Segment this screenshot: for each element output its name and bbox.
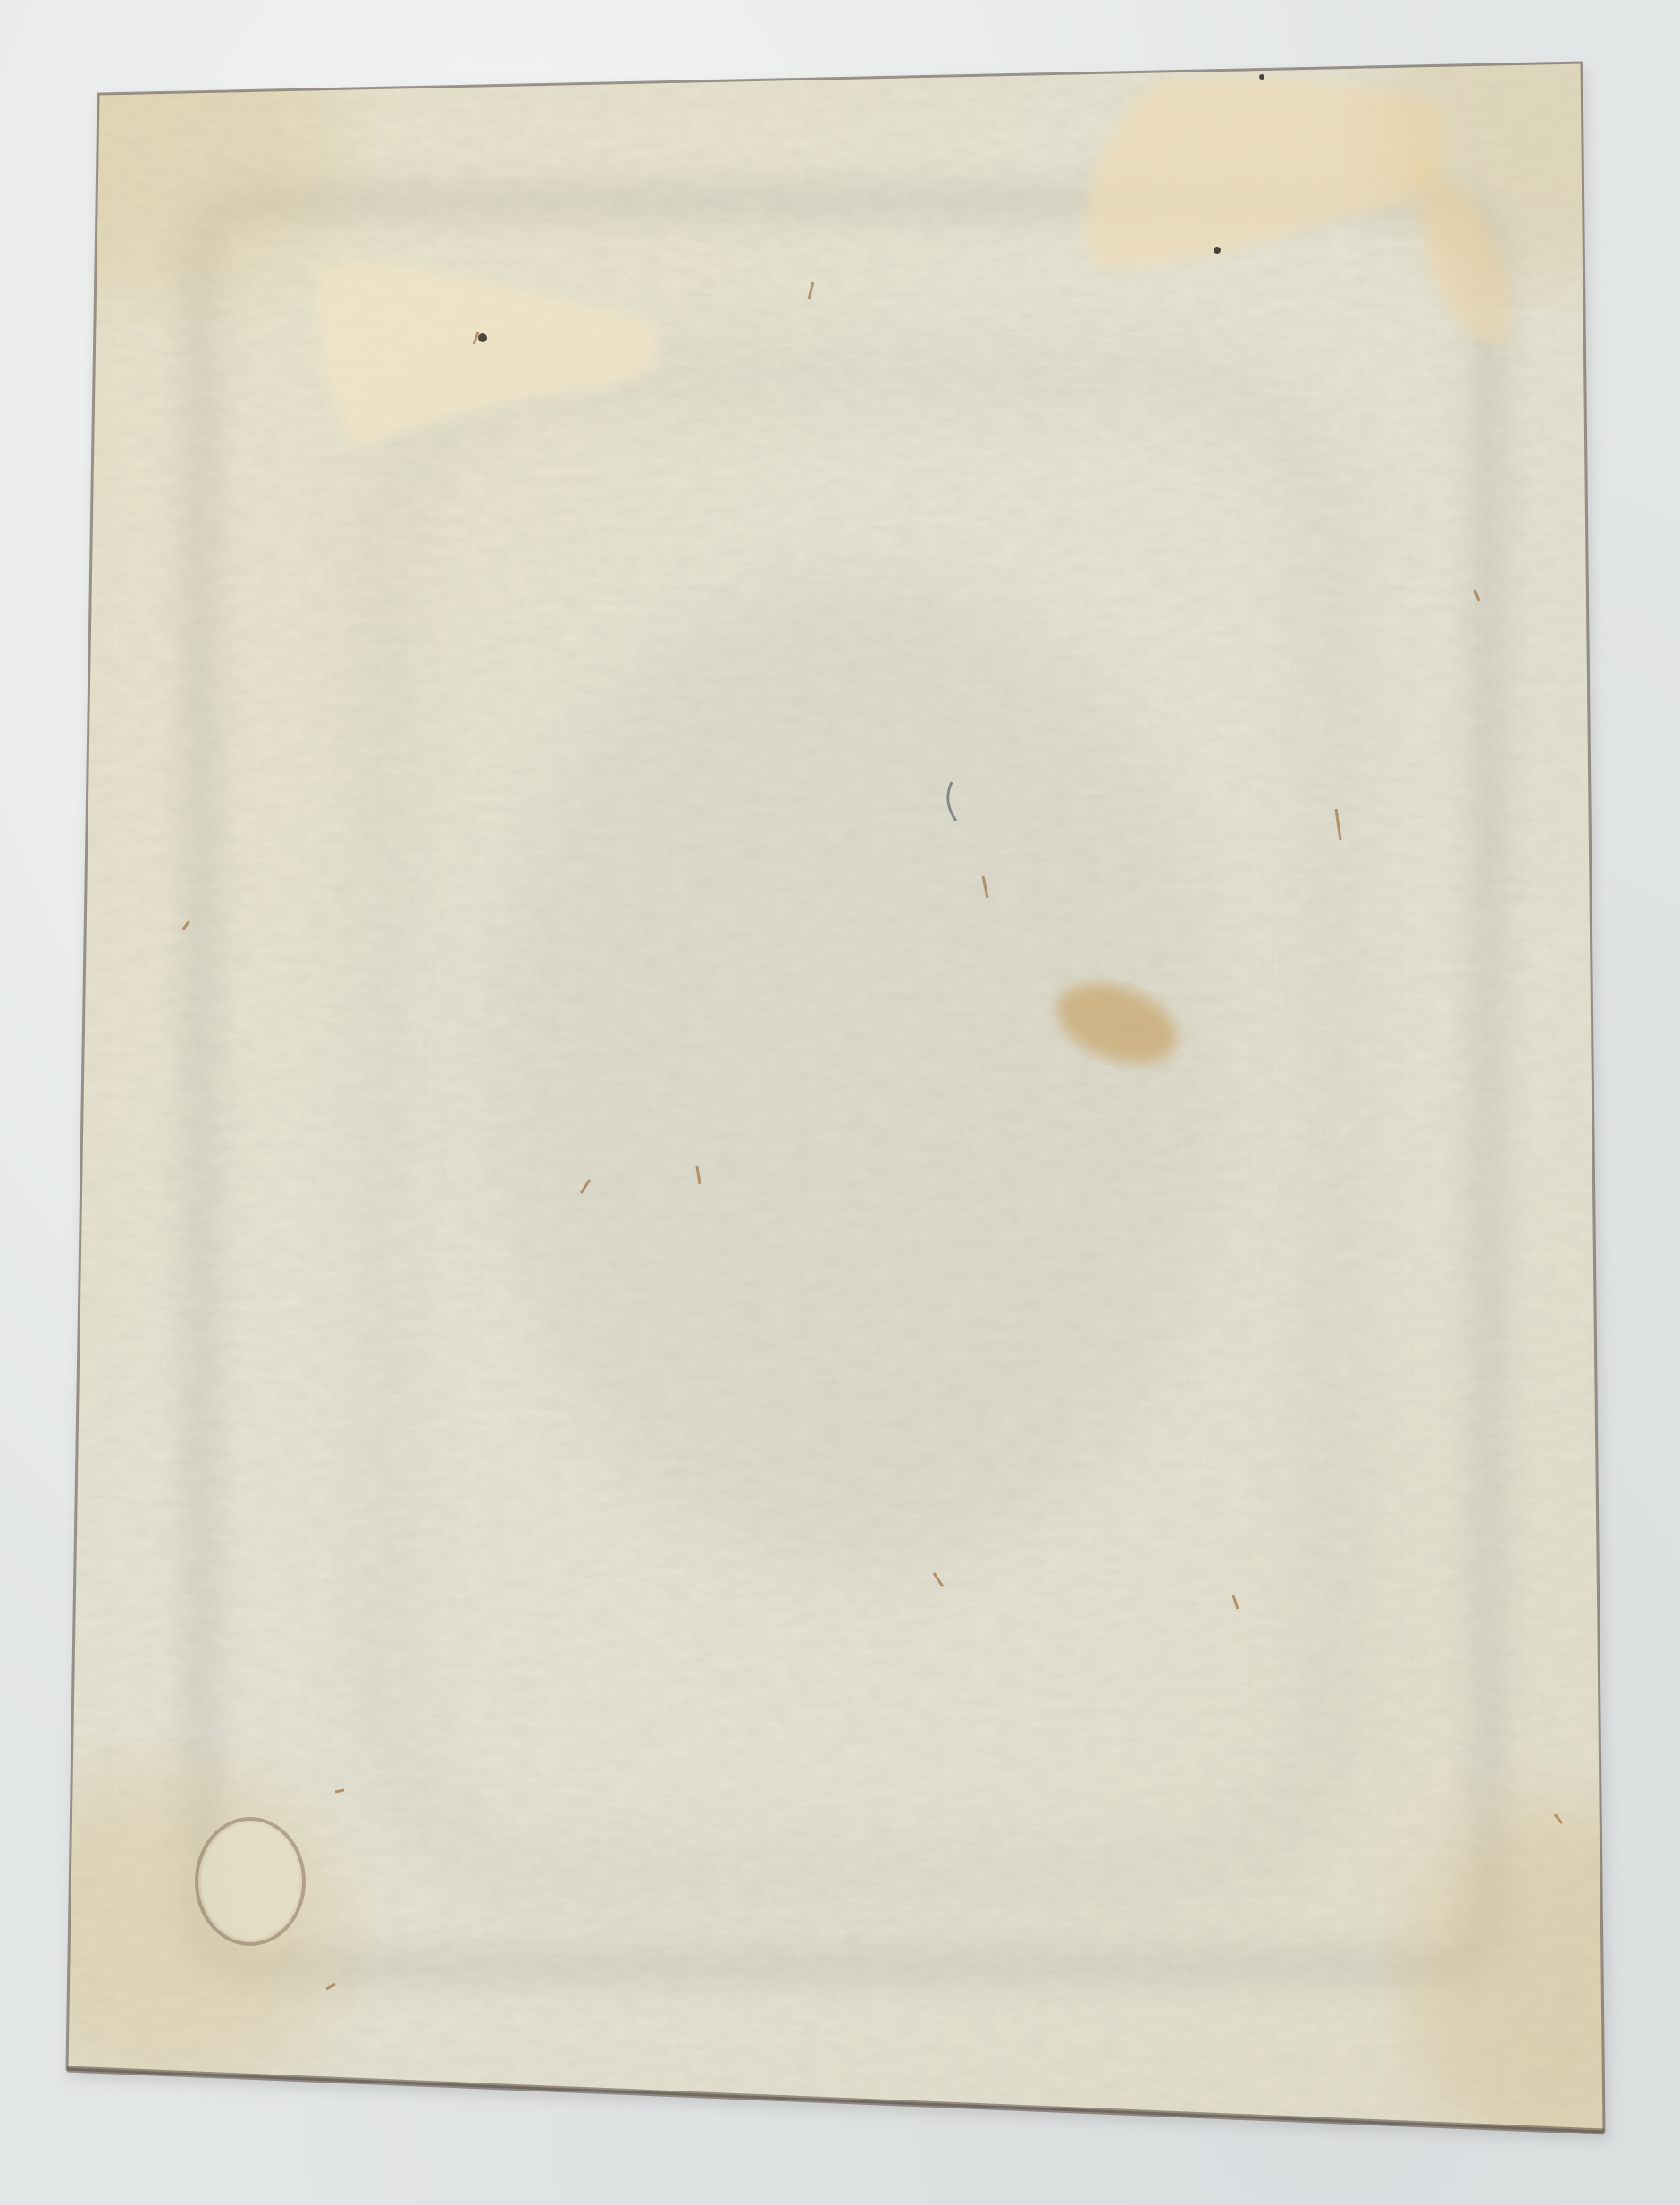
stamp-back (0, 0, 1680, 2205)
portrait-showthrough (483, 572, 1233, 1573)
circular-hinge-fill (201, 1823, 299, 1940)
stamp-illustration (0, 0, 1680, 2205)
